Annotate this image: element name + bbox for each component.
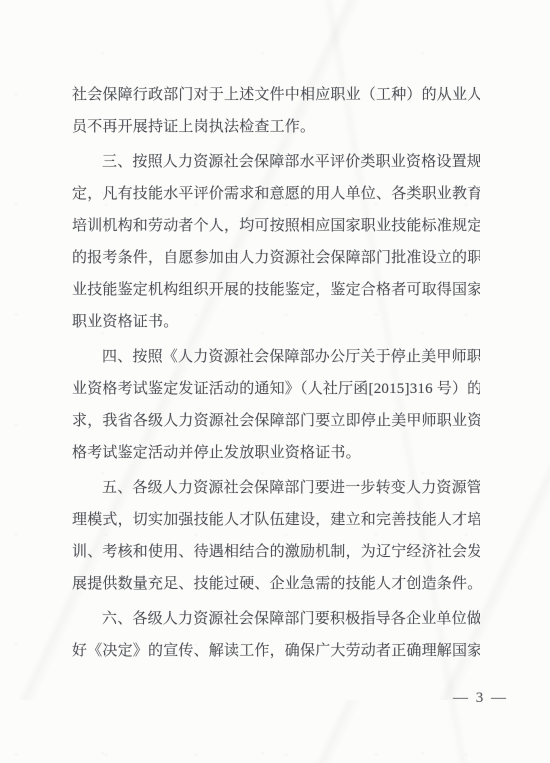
text-line: 理模式，切实加强技能人才队伍建设，建立和完善技能人才培 <box>72 504 480 536</box>
text-line: 训、考核和使用、待遇相结合的激励机制，为辽宁经济社会发 <box>72 536 480 568</box>
text-line: 求，我省各级人力资源社会保障部门要立即停止美甲师职业资 <box>72 405 480 437</box>
paragraph-item-4: 四、按照《人力资源社会保障部办公厅关于停止美甲师职 业资格考试鉴定发证活动的通知… <box>72 341 480 469</box>
text-line: 六、各级人力资源社会保障部门要积极指导各企业单位做 <box>72 603 480 635</box>
text-line: 三、按照人力资源社会保障部水平评价类职业资格设置规 <box>72 146 480 178</box>
paragraph-item-5: 五、各级人力资源社会保障部门要进一步转变人力资源管 理模式，切实加强技能人才队伍… <box>72 472 480 600</box>
paragraph-item-6: 六、各级人力资源社会保障部门要积极指导各企业单位做 好《决定》的宣传、解读工作，… <box>72 603 480 667</box>
text-line: 格考试鉴定活动并停止发放职业资格证书。 <box>72 437 480 469</box>
paragraph-item-3: 三、按照人力资源社会保障部水平评价类职业资格设置规 定，凡有技能水平评价需求和意… <box>72 146 480 338</box>
text-line: 业资格考试鉴定发证活动的通知》（人社厅函[2015]316 号）的要 <box>72 373 480 405</box>
page-number: — 3 — <box>453 690 508 707</box>
text-line: 定，凡有技能水平评价需求和意愿的用人单位、各类职业教育 <box>72 178 480 210</box>
text-line: 培训机构和劳动者个人，均可按照相应国家职业技能标准规定 <box>72 210 480 242</box>
text-line: 好《决定》的宣传、解读工作，确保广大劳动者正确理解国家 <box>72 635 480 667</box>
document-text-block: 社会保障行政部门对于上述文件中相应职业（工种）的从业人 员不再开展持证上岗执法检… <box>72 79 480 667</box>
text-line: 展提供数量充足、技能过硬、企业急需的技能人才创造条件。 <box>72 568 480 600</box>
paragraph-continuation: 社会保障行政部门对于上述文件中相应职业（工种）的从业人 员不再开展持证上岗执法检… <box>72 79 480 143</box>
text-line: 五、各级人力资源社会保障部门要进一步转变人力资源管 <box>72 472 480 504</box>
text-line: 的报考条件，自愿参加由人力资源社会保障部门批准设立的职 <box>72 242 480 274</box>
text-line: 职业资格证书。 <box>72 306 480 338</box>
text-line: 四、按照《人力资源社会保障部办公厅关于停止美甲师职 <box>72 341 480 373</box>
text-line: 业技能鉴定机构组织开展的技能鉴定，鉴定合格者可取得国家 <box>72 274 480 306</box>
text-line: 社会保障行政部门对于上述文件中相应职业（工种）的从业人 <box>72 79 480 111</box>
text-line: 员不再开展持证上岗执法检查工作。 <box>72 111 480 143</box>
